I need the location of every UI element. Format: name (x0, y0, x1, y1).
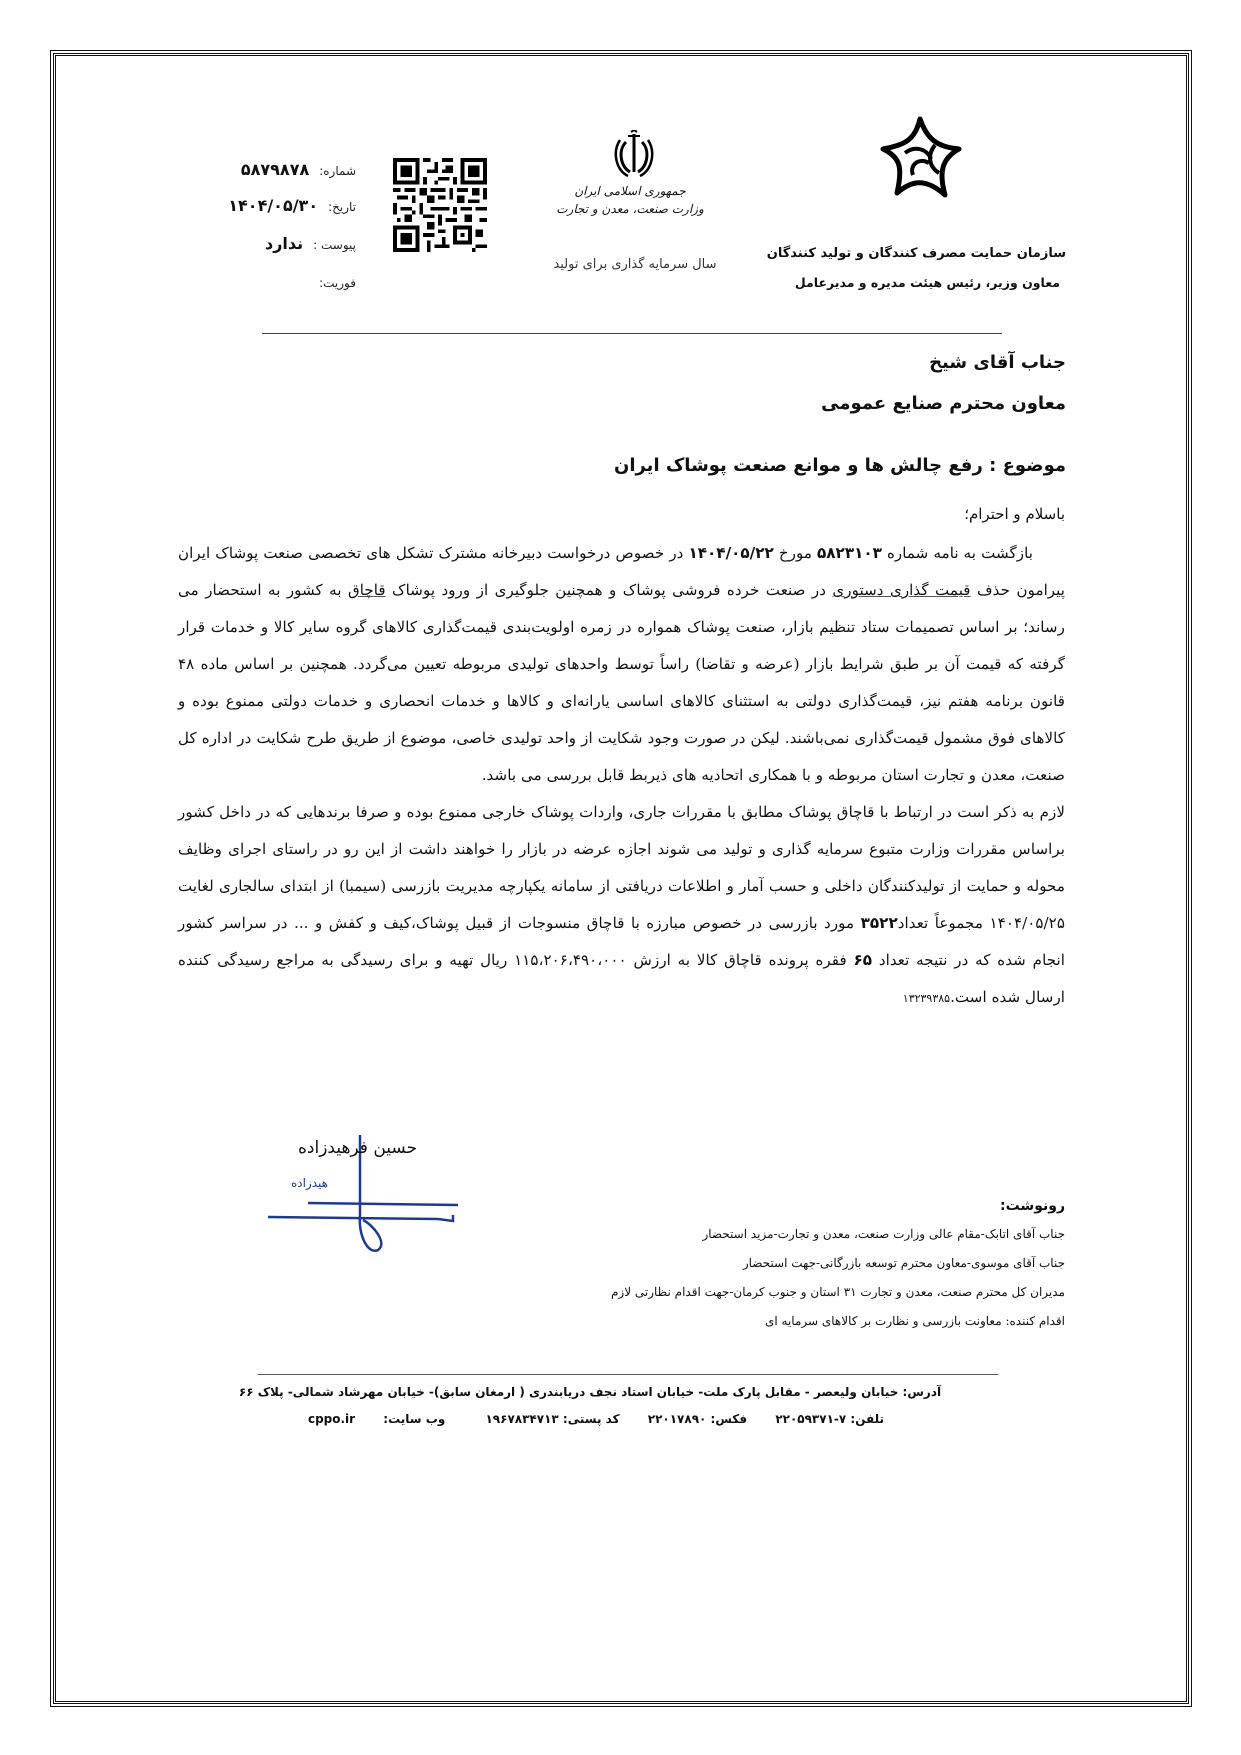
subject-label: موضوع : (989, 455, 1066, 476)
text-span: فقره پرونده قاچاق کالا به ارزش (627, 951, 854, 969)
text-span: لازم به ذکر است در ارتباط با قاچاق پوشاک… (178, 803, 1065, 895)
number-value: ۵۸۷۹۸۷۸ (241, 160, 309, 179)
footer-fax: فکس: ۲۲۰۱۷۸۹۰ (648, 1412, 747, 1426)
text-span: به کشور به استحضار می رساند؛ بر اساس تصم… (178, 581, 1065, 784)
text-span: در صنعت خرده فروشی پوشاک و همچنین جلوگیر… (386, 581, 833, 599)
cc-title: رونوشت: (1000, 1198, 1065, 1214)
reference-date: ۱۴۰۴/۰۵/۲۲ (689, 544, 774, 562)
handwritten-text: هیدزاده (291, 1176, 328, 1191)
recipient-name: جناب آقای شیخ (929, 352, 1066, 373)
header-divider (262, 333, 1002, 334)
letter-number: شماره: ۵۸۷۹۸۷۸ (241, 160, 356, 179)
cc-item: جناب آقای موسوی-معاون محترم توسعه بازرگا… (743, 1256, 1065, 1270)
footer-phone: تلفن: ۷-۲۲۰۵۹۳۷۱ (775, 1412, 884, 1426)
organization-star-logo-icon (875, 115, 965, 210)
letter-urgency: فوریت: (309, 276, 356, 290)
footer-contacts: تلفن: ۷-۲۲۰۵۹۳۷۱ فکس: ۲۲۰۱۷۸۹۰ کد پستی: … (230, 1412, 950, 1426)
letter-attachment: پیوست : ندارد (265, 234, 356, 253)
subject-text: رفع چالش ها و موانع صنعت پوشاک ایران (614, 455, 983, 476)
underlined-phrase: قاچاق (348, 581, 386, 599)
case-count: ۶۵ (854, 951, 873, 969)
qr-code-icon[interactable] (393, 158, 487, 252)
text-span: بازگشت به نامه شماره (882, 544, 1033, 562)
footer-website[interactable]: وب سایت: cppo.ir (296, 1412, 457, 1426)
cc-item: اقدام کننده: معاونت بازرسی و نظارت بر کا… (765, 1314, 1065, 1328)
sender-title: معاون وزیر، رئیس هیئت مدیره و مدیرعامل (760, 275, 1060, 290)
signer-name: حسین فرهیدزاده (298, 1138, 417, 1158)
subject-line: موضوع : رفع چالش ها و موانع صنعت پوشاک ا… (614, 455, 1066, 476)
underlined-phrase: قیمت گذاری دستوری (832, 581, 970, 599)
case-value: ۱۱۵،۲۰۶،۴۹۰،۰۰۰ (514, 951, 627, 969)
body-paragraph-2: لازم به ذکر است در ارتباط با قاچاق پوشاک… (178, 794, 1065, 1017)
urgency-label: فوریت: (319, 276, 356, 290)
recipient-title: معاون محترم صنایع عمومی (821, 393, 1066, 414)
footer-postal-code: کد پستی: ۱۹۶۷۸۳۴۷۱۳ (485, 1412, 619, 1426)
attachment-label: پیوست : (313, 238, 356, 252)
letter-date: تاریخ: ۱۴۰۴/۰۵/۳۰ (228, 196, 356, 215)
date-label: تاریخ: (328, 200, 356, 214)
reference-number: ۵۸۲۳۱۰۳ (817, 544, 882, 562)
attachment-value: ندارد (265, 234, 303, 253)
letter-body: بازگشت به نامه شماره ۵۸۲۳۱۰۳ مورخ ۱۴۰۴/۰… (178, 535, 1065, 1017)
text-span: مجموعاً تعداد (898, 914, 990, 932)
report-date: ۱۴۰۴/۰۵/۲۵ (990, 914, 1066, 932)
year-slogan: سال سرمایه گذاری برای تولید (540, 257, 730, 272)
organization-name: سازمان حمایت مصرف کنندگان و تولید کنندگا… (760, 246, 1066, 261)
iran-emblem-icon (614, 130, 654, 180)
website-label: وب سایت: (383, 1412, 445, 1426)
greeting: باسلام و احترام؛ (964, 505, 1065, 523)
footer-divider (258, 1374, 998, 1375)
body-paragraph-1: بازگشت به نامه شماره ۵۸۲۳۱۰۳ مورخ ۱۴۰۴/۰… (178, 535, 1065, 794)
number-label: شماره: (319, 164, 356, 178)
cc-item: جناب آقای اتابک-مقام عالی وزارت صنعت، مع… (702, 1227, 1065, 1241)
ministry-heading: جمهوری اسلامی ایران وزارت صنعت، معدن و ت… (555, 182, 705, 218)
text-span: مورخ (774, 544, 817, 562)
inspection-count: ۳۵۲۲ (861, 914, 898, 932)
ministry-name: وزارت صنعت، معدن و تجارت (555, 200, 705, 218)
cc-item: مدیران کل محترم صنعت، معدن و تجارت ۳۱ اس… (611, 1285, 1065, 1299)
country-name: جمهوری اسلامی ایران (555, 182, 705, 200)
website-link[interactable]: cppo.ir (308, 1412, 355, 1426)
date-value: ۱۴۰۴/۰۵/۳۰ (228, 196, 318, 215)
footer-address: آدرس: خیابان ولیعصر - مقابل پارک ملت- خی… (230, 1385, 950, 1399)
tracking-number: ۱۳۲۳۹۳۸۵ (903, 992, 950, 1005)
